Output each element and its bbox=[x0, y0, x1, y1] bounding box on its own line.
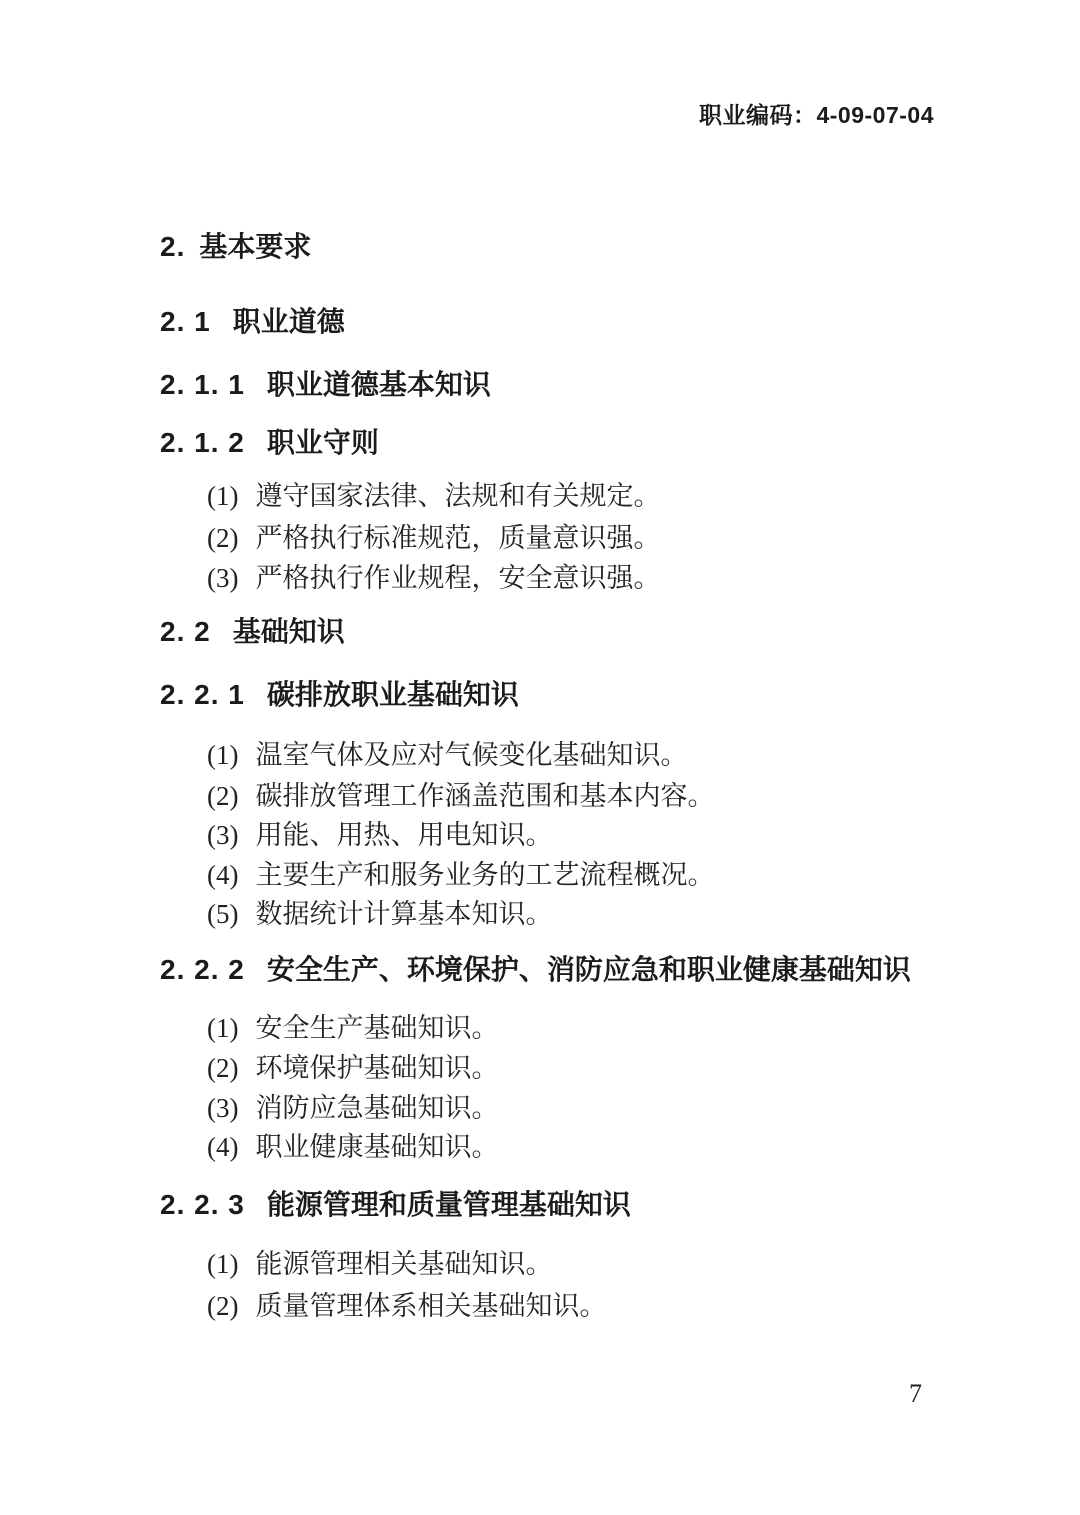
heading-title: 能源管理和质量管理基础知识 bbox=[267, 1189, 631, 1220]
section-heading-2-1-1: 2. 1. 1职业道德基本知识 bbox=[160, 368, 491, 402]
list-item: (4)主要生产和服务业务的工艺流程概况。 bbox=[207, 858, 714, 892]
heading-number: 2. 1. 2 bbox=[160, 426, 245, 460]
list-item: (2)质量管理体系相关基础知识。 bbox=[207, 1289, 606, 1323]
heading-number: 2. 2 bbox=[160, 615, 211, 649]
heading-number: 2. 2. 3 bbox=[160, 1188, 245, 1222]
item-marker: (2) bbox=[207, 521, 238, 555]
header-occupation-code: 职业编码：4-09-07-04 bbox=[699, 100, 934, 130]
list-item: (3)严格执行作业规程，安全意识强。 bbox=[207, 561, 660, 595]
list-item: (2)环境保护基础知识。 bbox=[207, 1051, 498, 1085]
list-item: (4)职业健康基础知识。 bbox=[207, 1130, 498, 1164]
page-number: 7 bbox=[909, 1378, 922, 1410]
section-heading-2-2: 2. 2基础知识 bbox=[160, 615, 345, 649]
item-text: 数据统计计算基本知识。 bbox=[255, 899, 552, 929]
section-heading-2-1: 2. 1职业道德 bbox=[160, 305, 345, 339]
item-marker: (3) bbox=[207, 561, 238, 595]
list-item: (5)数据统计计算基本知识。 bbox=[207, 897, 552, 931]
item-marker: (4) bbox=[207, 1130, 238, 1164]
item-text: 碳排放管理工作涵盖范围和基本内容。 bbox=[255, 781, 714, 811]
item-marker: (3) bbox=[207, 818, 238, 852]
item-marker: (1) bbox=[207, 738, 238, 772]
heading-title: 基础知识 bbox=[233, 616, 345, 647]
list-item: (2)严格执行标准规范，质量意识强。 bbox=[207, 521, 660, 555]
item-text: 环境保护基础知识。 bbox=[255, 1053, 498, 1083]
heading-number: 2. 2. 2 bbox=[160, 953, 245, 987]
heading-title: 职业守则 bbox=[267, 427, 379, 458]
heading-number: 2. 2. 1 bbox=[160, 678, 245, 712]
list-item: (3)用能、用热、用电知识。 bbox=[207, 818, 552, 852]
heading-title: 安全生产、环境保护、消防应急和职业健康基础知识 bbox=[267, 954, 911, 985]
item-marker: (2) bbox=[207, 1289, 238, 1323]
heading-title: 碳排放职业基础知识 bbox=[267, 679, 519, 710]
item-marker: (3) bbox=[207, 1091, 238, 1125]
item-text: 遵守国家法律、法规和有关规定。 bbox=[255, 481, 660, 511]
item-text: 能源管理相关基础知识。 bbox=[255, 1249, 552, 1279]
list-item: (1)温室气体及应对气候变化基础知识。 bbox=[207, 738, 687, 772]
list-item: (2)碳排放管理工作涵盖范围和基本内容。 bbox=[207, 779, 714, 813]
item-text: 用能、用热、用电知识。 bbox=[255, 820, 552, 850]
list-item: (1)遵守国家法律、法规和有关规定。 bbox=[207, 479, 660, 513]
item-marker: (1) bbox=[207, 479, 238, 513]
list-item: (1)安全生产基础知识。 bbox=[207, 1011, 498, 1045]
list-item: (3)消防应急基础知识。 bbox=[207, 1091, 498, 1125]
section-heading-2: 2.基本要求 bbox=[160, 230, 311, 264]
document-page: 职业编码：4-09-07-04 2.基本要求 2. 1职业道德 2. 1. 1职… bbox=[0, 0, 1080, 1515]
section-heading-2-2-1: 2. 2. 1碳排放职业基础知识 bbox=[160, 678, 519, 712]
heading-number: 2. 1. 1 bbox=[160, 368, 245, 402]
section-heading-2-2-3: 2. 2. 3能源管理和质量管理基础知识 bbox=[160, 1188, 631, 1222]
heading-title: 职业道德基本知识 bbox=[267, 369, 491, 400]
heading-title: 职业道德 bbox=[233, 306, 345, 337]
list-item: (1)能源管理相关基础知识。 bbox=[207, 1247, 552, 1281]
item-marker: (1) bbox=[207, 1247, 238, 1281]
item-text: 消防应急基础知识。 bbox=[255, 1093, 498, 1123]
section-heading-2-2-2: 2. 2. 2安全生产、环境保护、消防应急和职业健康基础知识 bbox=[160, 953, 911, 987]
item-marker: (5) bbox=[207, 897, 238, 931]
item-text: 严格执行作业规程，安全意识强。 bbox=[255, 563, 660, 593]
item-marker: (1) bbox=[207, 1011, 238, 1045]
item-marker: (2) bbox=[207, 779, 238, 813]
item-marker: (2) bbox=[207, 1051, 238, 1085]
section-heading-2-1-2: 2. 1. 2职业守则 bbox=[160, 426, 379, 460]
item-text: 职业健康基础知识。 bbox=[255, 1132, 498, 1162]
item-text: 温室气体及应对气候变化基础知识。 bbox=[255, 740, 687, 770]
item-marker: (4) bbox=[207, 858, 238, 892]
heading-number: 2. 1 bbox=[160, 305, 211, 339]
heading-title: 基本要求 bbox=[199, 231, 311, 262]
item-text: 主要生产和服务业务的工艺流程概况。 bbox=[255, 860, 714, 890]
item-text: 严格执行标准规范，质量意识强。 bbox=[255, 523, 660, 553]
item-text: 质量管理体系相关基础知识。 bbox=[255, 1291, 606, 1321]
heading-number: 2. bbox=[160, 230, 185, 264]
item-text: 安全生产基础知识。 bbox=[255, 1013, 498, 1043]
